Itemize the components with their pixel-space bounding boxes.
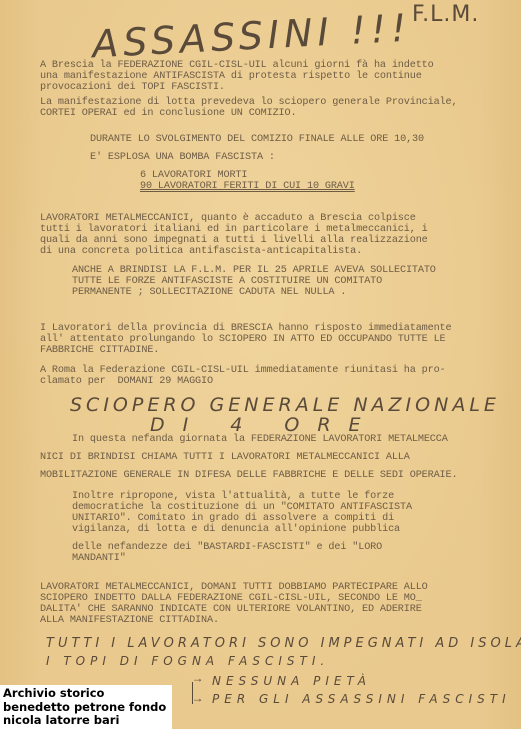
paragraph-4: E' ESPLOSA UNA BOMBA FASCISTA :: [90, 152, 275, 163]
arrow-note-line-2: PER GLI ASSASSINI FASCISTI: [212, 692, 511, 706]
text-line: ALLA MANIFESTAZIONE CITTADINA.: [40, 615, 219, 626]
caption-line: nicola latorre bari: [3, 714, 169, 728]
text-line: NICI DI BRINDISI CHIAMA TUTTI I LAVORATO…: [40, 452, 410, 463]
text-line: CORTEI OPERAI ed in conclusione UN COMIZ…: [40, 108, 296, 119]
text-line: una manifestazione ANTIFASCISTA di prote…: [40, 71, 422, 82]
text-line: FABBRICHE CITTADINE.: [40, 345, 159, 356]
strike-line-1: SCIOPERO GENERALE NAZIONALE: [70, 394, 500, 416]
text-line: La manifestazione di lotta prevedeva lo …: [40, 97, 457, 108]
text-line: vigilanza, di lotta e di denuncia all'op…: [72, 524, 400, 535]
text-line: UNITARIO". Comitato in grado di assolver…: [72, 513, 394, 524]
casualties-wounded: 90 LAVORATORI FERITI DI CUI 10 GRAVI: [140, 181, 355, 192]
paragraph-3: DURANTE LO SVOLGIMENTO DEL COMIZIO FINAL…: [90, 134, 424, 145]
text-line: In questa nefanda giornata la FEDERAZION…: [72, 434, 448, 445]
text-line: ANCHE A BRINDISI LA F.L.M. PER IL 25 APR…: [72, 265, 436, 276]
text-line: all' attentato prolungando lo SCIOPERO I…: [40, 334, 446, 345]
text-line: MOBILITAZIONE GENERALE IN DIFESA DELLE F…: [40, 470, 457, 481]
caption-line: benedetto petrone fondo: [3, 701, 169, 715]
text-line: democratiche la costituzione di un "COMI…: [72, 502, 412, 513]
text-line: quali da anni sono impegnati a tutti i l…: [40, 235, 428, 246]
text-line: LAVORATORI METALMECCANICI, quanto è acca…: [40, 213, 416, 224]
text-line: PERMANENTE ; SOLLECITAZIONE CADUTA NEL N…: [72, 287, 346, 298]
header-mark: F.L.M.: [412, 2, 479, 27]
handwritten-title: ASSASSINI !!!: [91, 6, 412, 67]
caption-line: Archivio storico: [3, 687, 169, 701]
arrow-note-line-1: NESSUNA PIETÀ: [212, 674, 371, 688]
text-line: SCIOPERO INDETTO DALLA FEDERAZIONE CGIL-…: [40, 593, 422, 604]
text-line: delle nefandezze dei "BASTARDI-FASCISTI"…: [72, 542, 382, 553]
text-line: di una concreta politica antifascista-an…: [40, 246, 362, 257]
text-line: A Roma la Federazione CGIL-CISL-UIL imme…: [40, 365, 446, 376]
arrow-icon: →: [194, 672, 201, 686]
text-line: DALITA' CHE SARANNO INDICATE CON ULTERIO…: [40, 604, 422, 615]
text-line: MANDANTI": [72, 553, 126, 564]
text-line: Inoltre ripropone, vista l'attualità, a …: [72, 491, 394, 502]
text-line: provocazioni dei TOPI FASCISTI.: [40, 82, 225, 93]
casualties-dead: 6 LAVORATORI MORTI: [140, 170, 247, 181]
text-line: TUTTE LE FORZE ANTIFASCISTE A COSTITUIRE…: [72, 276, 382, 287]
archive-caption: Archivio storico benedetto petrone fondo…: [0, 685, 172, 729]
text-line: clamato per DOMANI 29 MAGGIO: [40, 376, 213, 387]
text-line: LAVORATORI METALMECCANICI, DOMANI TUTTI …: [40, 582, 428, 593]
closing-line-2: I TOPI DI FOGNA FASCISTI.: [46, 654, 329, 668]
text-line: tutti i lavoratori italiani ed in partic…: [40, 224, 428, 235]
strike-line-2: DI 4 ORE: [150, 414, 379, 436]
arrow-icon: →: [194, 692, 201, 706]
text-line: I Lavoratori della provincia di BRESCIA …: [40, 323, 451, 334]
closing-line-1: TUTTI I LAVORATORI SONO IMPEGNATI AD ISO…: [46, 636, 521, 651]
text-line: A Brescia la FEDERAZIONE CGIL-CISL-UIL a…: [40, 60, 434, 71]
